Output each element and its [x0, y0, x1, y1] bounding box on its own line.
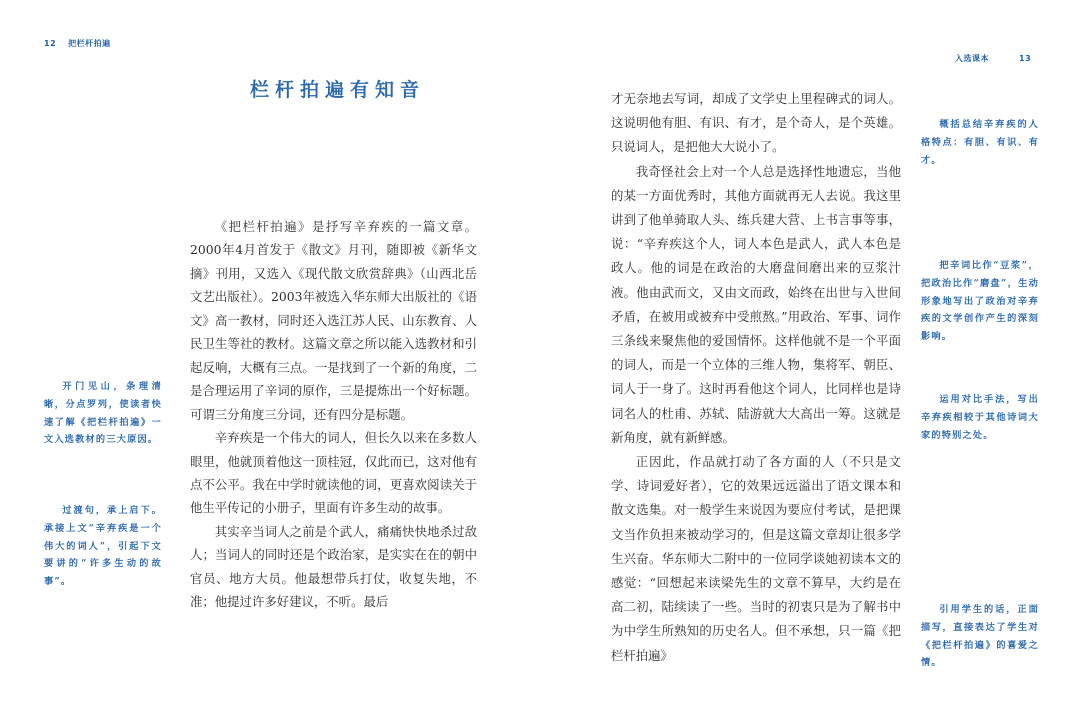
running-head-title: 入选课本: [955, 54, 989, 63]
right-body-text: 才无奈地去写词，却成了文学史上里程碑式的词人。这说明他有胆、有识、有才，是个奇人…: [611, 87, 901, 668]
margin-note: 过渡句，承上启下。承接上文“辛弃疾是一个伟大的词人”，引起下文要讲的“许多生动的…: [44, 502, 162, 591]
page-number: 13: [1019, 54, 1031, 63]
margin-note: 概括总结辛弃疾的人格特点：有胆、有识、有才。: [921, 116, 1039, 169]
margin-note-text: 运用对比手法，写出辛弃疾相较于其他诗词大家的特别之处。: [921, 391, 1039, 444]
left-running-head: 12把栏杆拍遍: [44, 38, 111, 49]
body-paragraph: 其实辛当词人之前是个武人，痛痛快快地杀过敌人；当词人的同时还是个政治家，是实实在…: [190, 520, 477, 614]
left-body-text: 《把栏杆拍遍》是抒写辛弃疾的一篇文章。2000年4月首发于《散文》月刊，随即被《…: [190, 215, 477, 614]
margin-note: 开门见山，条理清晰，分点罗列，使读者快速了解《把栏杆拍遍》一文入选教材的三大原因…: [44, 378, 162, 449]
right-running-head: 入选课本13: [955, 53, 1031, 64]
left-page: 12把栏杆拍遍 栏杆拍遍有知音 《把栏杆拍遍》是抒写辛弃疾的一篇文章。2000年…: [0, 0, 537, 710]
margin-note: 把辛词比作“豆浆”，把政治比作“磨盘”，生动形象地写出了政治对辛弃疾的文学创作产…: [921, 257, 1039, 346]
margin-note: 运用对比手法，写出辛弃疾相较于其他诗词大家的特别之处。: [921, 391, 1039, 444]
margin-note-text: 把辛词比作“豆浆”，把政治比作“磨盘”，生动形象地写出了政治对辛弃疾的文学创作产…: [921, 257, 1039, 346]
margin-note-text: 开门见山，条理清晰，分点罗列，使读者快速了解《把栏杆拍遍》一文入选教材的三大原因…: [44, 378, 162, 449]
body-paragraph: 正因此，作品就打动了各方面的人（不只是文学、诗词爱好者），它的效果远远溢出了语文…: [611, 450, 901, 668]
running-head-title: 把栏杆拍遍: [68, 39, 111, 48]
margin-note: 引用学生的话，正面描写，直接表达了学生对《把栏杆拍遍》的喜爱之情。: [921, 601, 1039, 672]
body-paragraph-continued: 才无奈地去写词，却成了文学史上里程碑式的词人。这说明他有胆、有识、有才，是个奇人…: [611, 87, 901, 160]
page-number: 12: [44, 39, 56, 48]
body-paragraph: 辛弃疾是一个伟大的词人，但长久以来在多数人眼里，他就顶着他这一顶桂冠，仅此而已，…: [190, 426, 477, 520]
body-paragraph: 我奇怪社会上对一个人总是选择性地遗忘，当他的某一方面优秀时，其他方面就再无人去说…: [611, 160, 901, 450]
article-title: 栏杆拍遍有知音: [250, 75, 425, 102]
body-paragraph: 《把栏杆拍遍》是抒写辛弃疾的一篇文章。2000年4月首发于《散文》月刊，随即被《…: [190, 215, 477, 426]
right-page: 入选课本13 才无奈地去写词，却成了文学史上里程碑式的词人。这说明他有胆、有识、…: [537, 0, 1075, 710]
margin-note-text: 过渡句，承上启下。承接上文“辛弃疾是一个伟大的词人”，引起下文要讲的“许多生动的…: [44, 502, 162, 591]
margin-note-text: 概括总结辛弃疾的人格特点：有胆、有识、有才。: [921, 116, 1039, 169]
margin-note-text: 引用学生的话，正面描写，直接表达了学生对《把栏杆拍遍》的喜爱之情。: [921, 601, 1039, 672]
